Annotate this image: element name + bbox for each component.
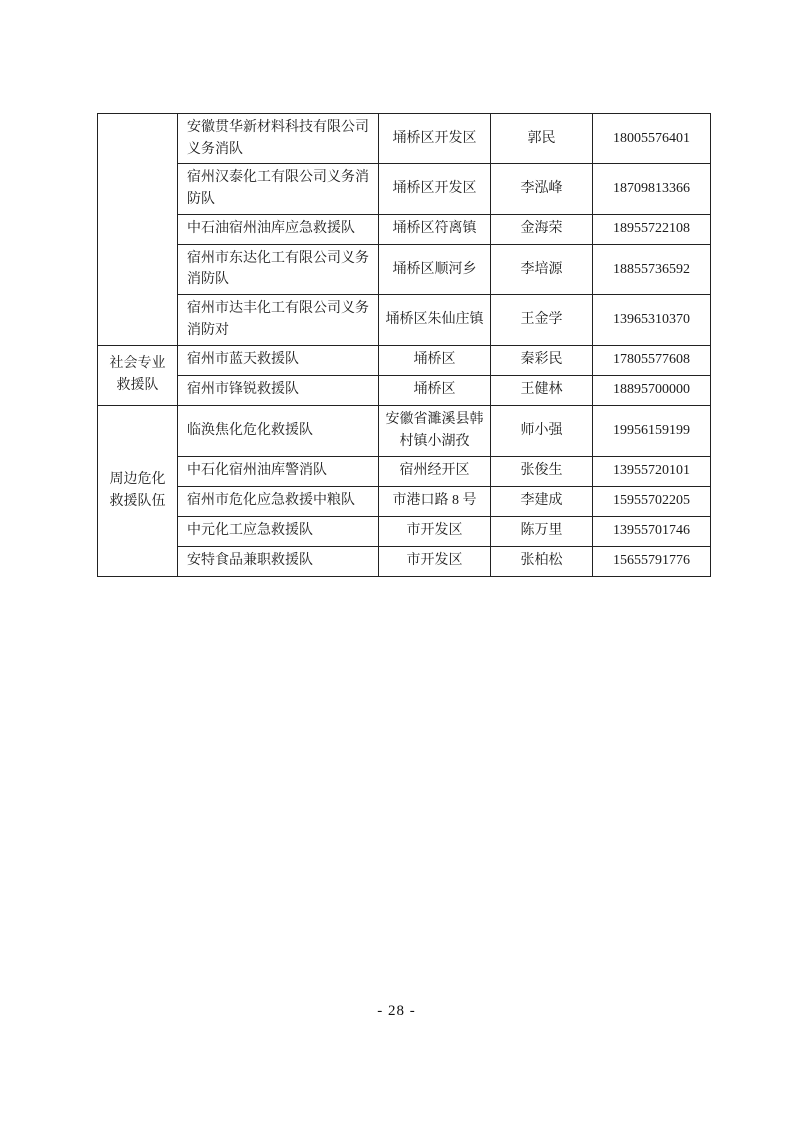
phone-cell: 18955722108 <box>593 214 711 244</box>
phone-cell: 15655791776 <box>593 546 711 576</box>
team-name-cell: 宿州汉泰化工有限公司义务消防队 <box>178 164 379 214</box>
team-name-cell: 宿州市蓝天救援队 <box>178 345 379 375</box>
table-row: 宿州市达丰化工有限公司义务消防对 埇桥区朱仙庄镇 王金学 13965310370 <box>98 295 711 345</box>
location-cell: 市港口路 8 号 <box>379 486 491 516</box>
team-name-cell: 宿州市东达化工有限公司义务消防队 <box>178 244 379 294</box>
team-name-cell: 安特食品兼职救援队 <box>178 546 379 576</box>
location-cell: 宿州经开区 <box>379 456 491 486</box>
location-cell: 埇桥区开发区 <box>379 114 491 164</box>
phone-cell: 18709813366 <box>593 164 711 214</box>
category-label: 社会专业救援队 <box>109 353 166 396</box>
location-cell: 埇桥区朱仙庄镇 <box>379 295 491 345</box>
team-name-cell: 临涣焦化危化救援队 <box>178 405 379 456</box>
contact-cell: 张柏松 <box>491 546 593 576</box>
phone-cell: 17805577608 <box>593 345 711 375</box>
team-name-cell: 宿州市锋锐救援队 <box>178 375 379 405</box>
team-name-cell: 宿州市达丰化工有限公司义务消防对 <box>178 295 379 345</box>
location-cell: 埇桥区符离镇 <box>379 214 491 244</box>
document-page: 安徽贯华新材料科技有限公司义务消队 埇桥区开发区 郭民 18005576401 … <box>0 0 793 1122</box>
location-cell: 埇桥区 <box>379 375 491 405</box>
phone-cell: 13955701746 <box>593 516 711 546</box>
table-row: 中石油宿州油库应急救援队 埇桥区符离镇 金海荣 18955722108 <box>98 214 711 244</box>
category-cell <box>98 114 178 346</box>
team-name-cell: 宿州市危化应急救援中粮队 <box>178 486 379 516</box>
category-cell: 社会专业救援队 <box>98 345 178 405</box>
team-name-cell: 中石化宿州油库警消队 <box>178 456 379 486</box>
page-number: - 28 - <box>0 1003 793 1020</box>
contact-cell: 王健林 <box>491 375 593 405</box>
table-row: 安徽贯华新材料科技有限公司义务消队 埇桥区开发区 郭民 18005576401 <box>98 114 711 164</box>
phone-cell: 13965310370 <box>593 295 711 345</box>
contact-cell: 金海荣 <box>491 214 593 244</box>
category-label: 周边危化救援队伍 <box>109 469 166 512</box>
category-cell: 周边危化救援队伍 <box>98 405 178 576</box>
phone-cell: 19956159199 <box>593 405 711 456</box>
team-name-cell: 安徽贯华新材料科技有限公司义务消队 <box>178 114 379 164</box>
contact-cell: 李泓峰 <box>491 164 593 214</box>
location-cell: 市开发区 <box>379 546 491 576</box>
phone-cell: 13955720101 <box>593 456 711 486</box>
location-cell: 市开发区 <box>379 516 491 546</box>
table-row: 宿州汉泰化工有限公司义务消防队 埇桥区开发区 李泓峰 18709813366 <box>98 164 711 214</box>
contact-cell: 王金学 <box>491 295 593 345</box>
phone-cell: 18855736592 <box>593 244 711 294</box>
location-cell: 埇桥区顺河乡 <box>379 244 491 294</box>
table-row: 宿州市锋锐救援队 埇桥区 王健林 18895700000 <box>98 375 711 405</box>
contact-cell: 秦彩民 <box>491 345 593 375</box>
phone-cell: 15955702205 <box>593 486 711 516</box>
table-row: 宿州市东达化工有限公司义务消防队 埇桥区顺河乡 李培源 18855736592 <box>98 244 711 294</box>
phone-cell: 18895700000 <box>593 375 711 405</box>
team-name-cell: 中元化工应急救援队 <box>178 516 379 546</box>
location-cell: 安徽省濉溪县韩村镇小湖孜 <box>379 405 491 456</box>
contact-cell: 陈万里 <box>491 516 593 546</box>
contact-cell: 师小强 <box>491 405 593 456</box>
phone-cell: 18005576401 <box>593 114 711 164</box>
location-cell: 埇桥区 <box>379 345 491 375</box>
contact-cell: 李建成 <box>491 486 593 516</box>
table-row: 周边危化救援队伍 临涣焦化危化救援队 安徽省濉溪县韩村镇小湖孜 师小强 1995… <box>98 405 711 456</box>
contact-cell: 郭民 <box>491 114 593 164</box>
contact-cell: 张俊生 <box>491 456 593 486</box>
table-row: 中石化宿州油库警消队 宿州经开区 张俊生 13955720101 <box>98 456 711 486</box>
team-name-cell: 中石油宿州油库应急救援队 <box>178 214 379 244</box>
rescue-teams-table: 安徽贯华新材料科技有限公司义务消队 埇桥区开发区 郭民 18005576401 … <box>97 113 711 577</box>
location-cell: 埇桥区开发区 <box>379 164 491 214</box>
contact-cell: 李培源 <box>491 244 593 294</box>
table-row: 安特食品兼职救援队 市开发区 张柏松 15655791776 <box>98 546 711 576</box>
table-row: 中元化工应急救援队 市开发区 陈万里 13955701746 <box>98 516 711 546</box>
table-row: 宿州市危化应急救援中粮队 市港口路 8 号 李建成 15955702205 <box>98 486 711 516</box>
table-row: 社会专业救援队 宿州市蓝天救援队 埇桥区 秦彩民 17805577608 <box>98 345 711 375</box>
